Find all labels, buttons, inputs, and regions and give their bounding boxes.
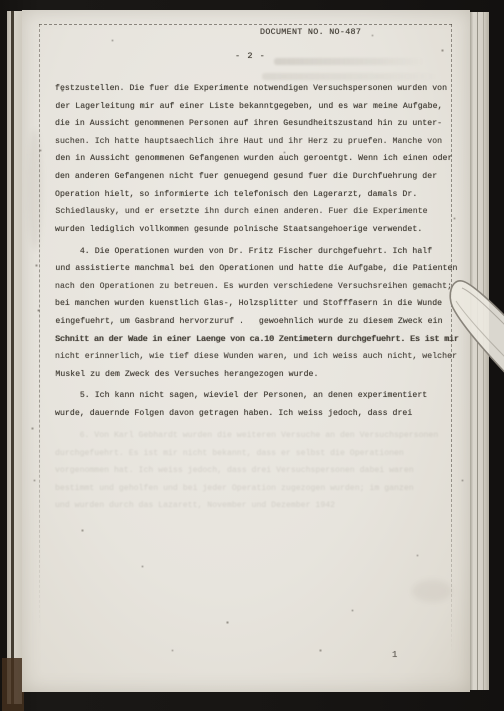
illegible-faded-line: und wurden durch das Lazarett, November … xyxy=(55,497,455,515)
document-number-heading: DOCUMENT NO. NO-487 xyxy=(260,27,361,37)
underlying-page-edges xyxy=(470,12,489,690)
illegible-faded-line: vorgenommen hat. Ich weiss jedoch, dass … xyxy=(55,462,455,480)
stray-pencil-mark: 1 xyxy=(392,650,397,660)
scan-stain xyxy=(412,580,452,602)
photostat-border-left xyxy=(39,24,40,628)
text-line: und assistierte manchmal bei den Operati… xyxy=(55,260,455,278)
photo-background: DOCUMENT NO. NO-487 - 2 - festzustellen.… xyxy=(0,0,504,711)
text-line: bei manchen wurden kuenstlich Glas-, Hol… xyxy=(55,295,455,313)
typewritten-body-text: festzustellen. Die fuer die Experimente … xyxy=(55,80,455,423)
text-line: Schnitt an der Wade in einer Laenge von … xyxy=(55,331,455,349)
text-line: die in Aussicht genommenen Personen auf … xyxy=(55,115,455,133)
page-number: - 2 - xyxy=(235,51,266,61)
scan-stain xyxy=(28,130,42,250)
ghost-text-smudge xyxy=(274,58,424,65)
book-binding-edge xyxy=(7,11,22,704)
scan-speckles xyxy=(22,10,23,11)
book-binding-corner xyxy=(2,658,24,711)
text-line: nicht erinnerlich, wie tief diese Wunden… xyxy=(55,348,455,366)
text-line: Muskel zu dem Zweck des Versuches herang… xyxy=(55,366,455,384)
text-line: 5. Ich kann nicht sagen, wieviel der Per… xyxy=(55,387,455,405)
text-line: eingefuehrt, um Gasbrand hervorzuruf . g… xyxy=(55,313,455,331)
text-line: der Lagerleitung mir auf einer Liste bek… xyxy=(55,98,455,116)
text-line: festzustellen. Die fuer die Experimente … xyxy=(55,80,455,98)
ghost-text-smudge xyxy=(262,73,440,80)
text-line: wurden lediglich vollkommen gesunde poln… xyxy=(55,221,455,239)
illegible-faded-line: durchgefuehrt. Es ist mir nicht bekannt,… xyxy=(55,445,455,463)
document-page: DOCUMENT NO. NO-487 - 2 - festzustellen.… xyxy=(22,10,470,692)
text-line: den in Aussicht genommenen Gefangenen wu… xyxy=(55,150,455,168)
illegible-faded-paragraph: 6. Von Karl Gebhardt wurden die weiteren… xyxy=(55,427,455,515)
illegible-faded-line: bestimmt und geholfen und bei jeder Oper… xyxy=(55,480,455,498)
text-line: 4. Die Operationen wurden von Dr. Fritz … xyxy=(55,243,455,261)
text-line: den anderen Gefangenen nicht fuer genueg… xyxy=(55,168,455,186)
text-line: wurde, dauernde Folgen davon getragen ha… xyxy=(55,405,455,423)
text-line: suchen. Ich hatte hauptsaechlich ihre Ha… xyxy=(55,133,455,151)
text-line: Operation hielt, so informierte ich tele… xyxy=(55,186,455,204)
illegible-faded-line: 6. Von Karl Gebhardt wurden die weiteren… xyxy=(55,427,455,445)
text-line: nach den Operationen zu betreuen. Es wur… xyxy=(55,278,455,296)
photostat-border-top xyxy=(39,24,452,25)
text-line: Schiedlausky, und er ersetzte ihn durch … xyxy=(55,203,455,221)
